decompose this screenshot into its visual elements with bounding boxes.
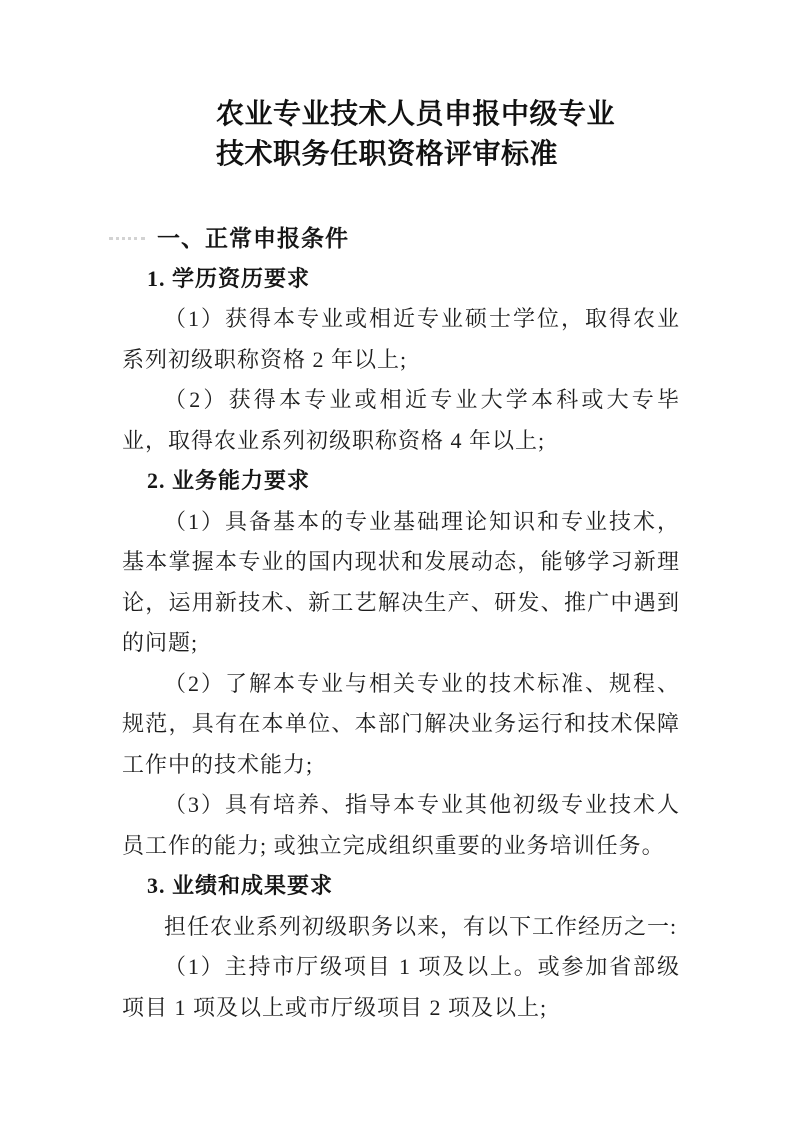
document-page: 农业专业技术人员申报中级专业 技术职务任职资格评审标准 一、正常申报条件 1. … — [0, 0, 794, 1123]
subsection-heading-achievement-requirements: 3. 业绩和成果要求 — [122, 866, 680, 907]
paragraph-achievement-intro: 担任农业系列初级职务以来，有以下工作经历之一: — [122, 907, 680, 948]
section-heading-normal-application-conditions: 一、正常申报条件 — [122, 218, 680, 259]
document-title-line-2: 技术职务任职资格评审标准 — [216, 134, 680, 174]
paragraph-ability-item-3: （3）具有培养、指导本专业其他初级专业技术人员工作的能力; 或独立完成组织重要的… — [122, 785, 680, 866]
subsection-heading-education-requirements: 1. 学历资历要求 — [122, 259, 680, 300]
paragraph-education-item-1: （1）获得本专业或相近专业硕士学位，取得农业系列初级职称资格 2 年以上; — [122, 299, 680, 380]
paragraph-ability-item-1: （1）具备基本的专业基础理论知识和专业技术，基本掌握本专业的国内现状和发展动态，… — [122, 502, 680, 664]
paragraph-education-item-2: （2）获得本专业或相近专业大学本科或大专毕业，取得农业系列初级职称资格 4 年以… — [122, 380, 680, 461]
paragraph-achievement-item-1: （1）主持市厅级项目 1 项及以上。或参加省部级项目 1 项及以上或市厅级项目 … — [122, 947, 680, 1028]
paragraph-ability-item-2: （2）了解本专业与相关专业的技术标准、规程、规范，具有在本单位、本部门解决业务运… — [122, 664, 680, 786]
subsection-heading-professional-ability-requirements: 2. 业务能力要求 — [122, 461, 680, 502]
document-content: 农业专业技术人员申报中级专业 技术职务任职资格评审标准 一、正常申报条件 1. … — [122, 0, 680, 1028]
document-title-line-1: 农业专业技术人员申报中级专业 — [216, 94, 680, 134]
document-title: 农业专业技术人员申报中级专业 技术职务任职资格评审标准 — [216, 94, 680, 174]
